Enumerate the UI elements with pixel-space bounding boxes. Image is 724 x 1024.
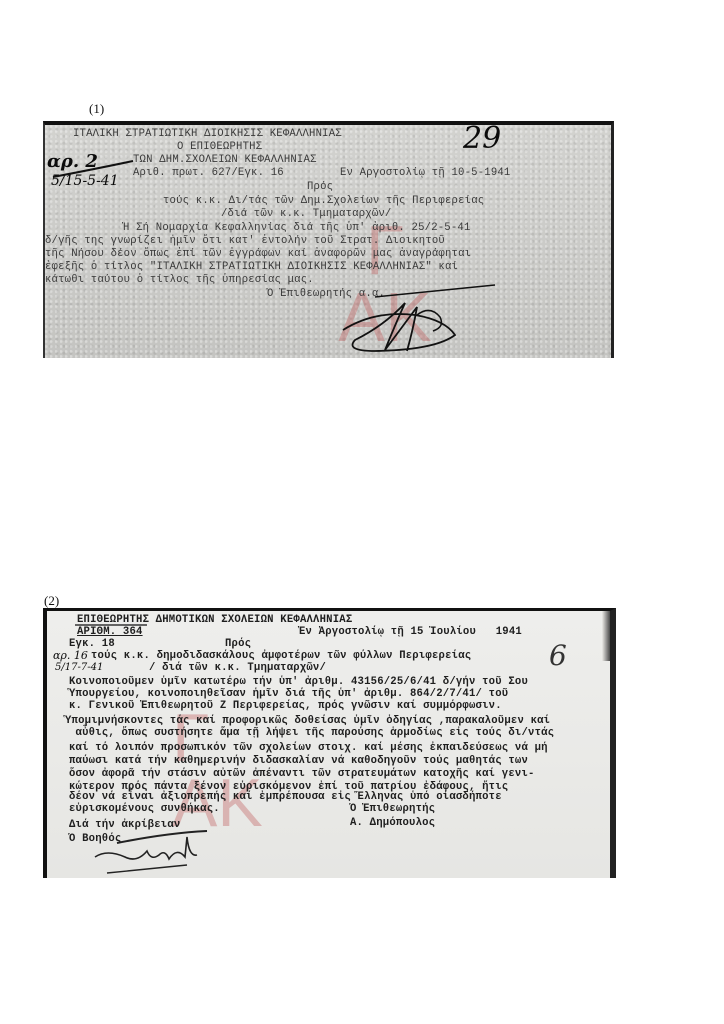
torn-edge xyxy=(602,611,612,661)
document-2-scan: ΓΑΚ ΕΠΙΘΕΩΡΗΤΗΣ ΔΗΜΟΤΙΚΩΝ ΣΧΟΛΕΙΩΝ ΚΕΦΑΛ… xyxy=(43,608,616,878)
document-2-label: (2) xyxy=(44,593,59,609)
document-1-label: (1) xyxy=(89,101,104,117)
signature-icon xyxy=(45,125,614,358)
signature-icon xyxy=(47,611,616,878)
document-1-scan: ΓΑΚ ΙΤΑΛΙΚΗ ΣΤΡΑΤΙΩΤΙΚΗ ΔΙΟΙΚΗΣΙΣ ΚΕΦΑΛΛ… xyxy=(43,121,614,358)
